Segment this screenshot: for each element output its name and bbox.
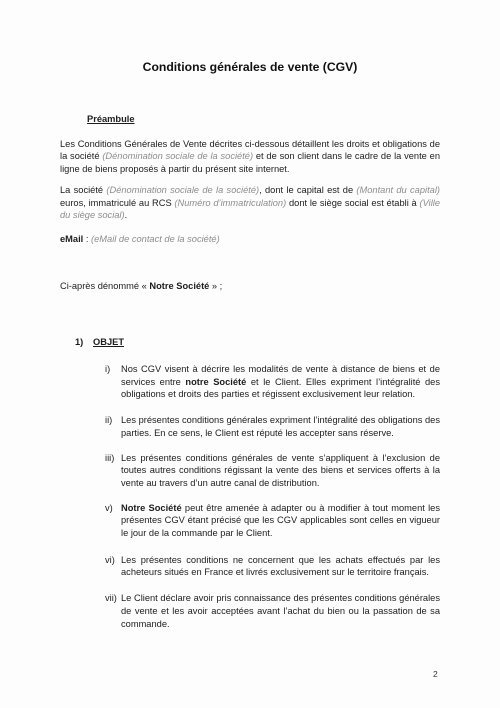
list-item-marker: vi) [105,554,121,579]
preamble-heading: Préambule [87,113,440,126]
section-number: 1) [75,336,93,349]
list-item-marker: ii) [105,414,121,439]
list-item: i) Nos CGV visent à décrire les modalité… [60,363,440,401]
page-number: 2 [433,669,438,680]
email-separator: : [83,234,91,244]
list-item-text: Les présentes conditions ne concernent q… [121,554,440,579]
placeholder-registration-number: (Numéro d’immatriculation) [174,198,286,208]
denomination-text: » ; [209,281,222,291]
list-item-bold-run: Notre Société [121,503,182,513]
list-item-marker: vii) [105,592,121,630]
email-label: eMail [60,234,83,244]
denomination-line: Ci-après dénommé « Notre Société » ; [60,280,440,293]
paragraph-text: , dont le capital est de [259,185,356,195]
list-item: iii) Les présentes conditions générales … [60,452,440,490]
list-item-marker: v) [105,502,121,540]
denomination-text: Ci-après dénommé « [60,281,149,291]
placeholder-company-name: (Dénomination sociale de la société) [106,185,259,195]
list-item-text: Les présentes conditions générales expri… [121,414,440,439]
section-heading: 1) OBJET [60,336,440,349]
list-item-marker: i) [105,363,121,401]
list-item-text: Les présentes conditions générales de ve… [121,452,440,490]
list-item: v) Notre Société peut être amenée à adap… [60,502,440,540]
company-short-name: Notre Société [149,281,209,291]
paragraph-company-details: La société (Dénomination sociale de la s… [60,184,440,222]
paragraph-text: dont le siège social est établi à [286,198,419,208]
list-item-bold-run: notre Société [185,377,246,387]
list-item: vii) Le Client déclare avoir pris connai… [60,592,440,630]
list-item-run: Les présentes conditions générales expri… [121,415,440,438]
section-title: OBJET [93,336,124,349]
list-item-run: Les présentes conditions ne concernent q… [121,555,440,578]
list-item-text: Nos CGV visent à décrire les modalités d… [121,363,440,401]
list-item-text: Notre Société peut être amenée à adapter… [121,502,440,540]
list-item: vi) Les présentes conditions ne concerne… [60,554,440,579]
list-item-text: Le Client déclare avoir pris connaissanc… [121,592,440,630]
list-item-run: Le Client déclare avoir pris connaissanc… [121,593,440,628]
placeholder-contact-email: (eMail de contact de la société) [91,234,220,244]
paragraph-text: La société [60,185,106,195]
paragraph-company-intro: Les Conditions Générales de Vente décrit… [60,138,440,176]
document-page: Conditions générales de vente (CGV) Préa… [0,0,500,708]
list-item: ii) Les présentes conditions générales e… [60,414,440,439]
list-item-run: Les présentes conditions générales de ve… [121,453,440,488]
paragraph-text: . [125,210,128,220]
email-line: eMail : (eMail de contact de la société) [60,233,440,246]
placeholder-company-name: (Dénomination sociale de la société) [102,151,253,161]
document-content: Conditions générales de vente (CGV) Préa… [60,0,440,630]
paragraph-text: euros, immatriculé au RCS [60,198,174,208]
placeholder-capital-amount: (Montant du capital) [356,185,440,195]
page-title: Conditions générales de vente (CGV) [60,60,440,75]
list-item-marker: iii) [105,452,121,490]
